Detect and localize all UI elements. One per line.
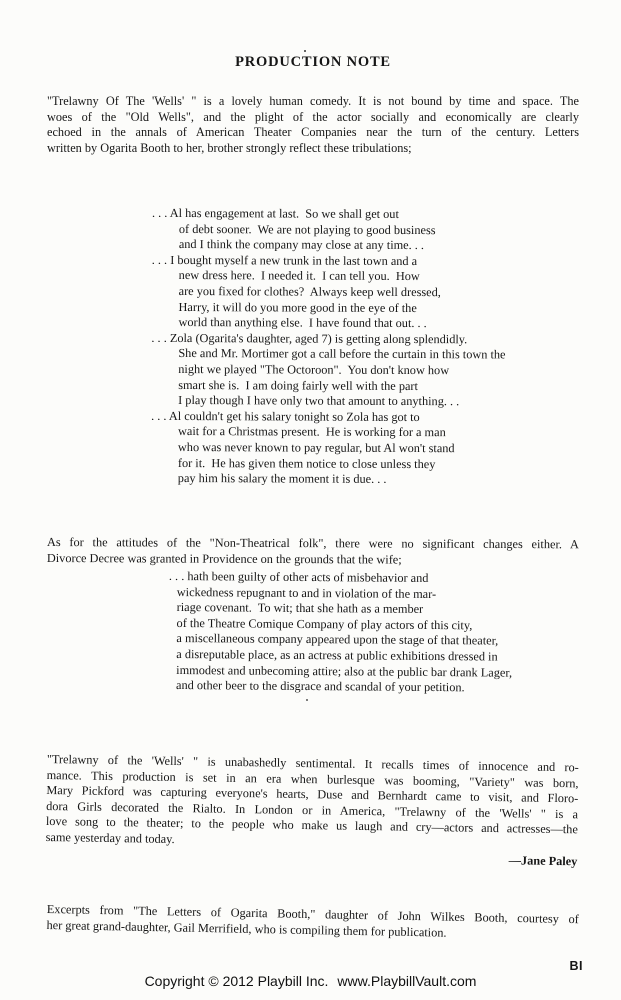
page-number: BI — [570, 959, 584, 973]
page-content: PRODUCTION NOTE "Trelawny Of The 'Wells'… — [47, 0, 579, 933]
production-note-page: PRODUCTION NOTE "Trelawny Of The 'Wells'… — [0, 0, 621, 1000]
text-line: pay him his salary the moment it is due.… — [178, 471, 578, 488]
text-line: "Trelawny Of The 'Wells' " is a lovely h… — [47, 94, 579, 110]
text-line: Divorce Decree was granted in Providence… — [47, 551, 579, 569]
text-line: written by Ogarita Booth to her, brother… — [47, 141, 579, 157]
text-line: woes of the "Old Wells", and the plight … — [47, 110, 579, 126]
text-line: and other beer to the disgrace and scand… — [176, 678, 578, 697]
text-line: night we played "The Octoroon". You don'… — [178, 362, 578, 379]
text-line: are you fixed for clothes? Always keep w… — [179, 284, 579, 301]
letter-excerpts-block: . . . Al has engagement at last. So we s… — [178, 206, 579, 488]
divorce-intro-paragraph: As for the attitudes of the "Non-Theatri… — [47, 535, 579, 569]
closing-paragraph-lines: "Trelawny of the 'Wells' " is unabashedl… — [46, 752, 579, 854]
text-line: . . . Al has engagement at last. So we s… — [179, 206, 579, 223]
page-title: PRODUCTION NOTE — [47, 0, 579, 71]
credits-paragraph: Excerpts from "The Letters of Ogarita Bo… — [46, 902, 579, 943]
playbillvault-url[interactable]: www.PlaybillVault.com — [337, 973, 476, 989]
text-line: I play though I have only two that amoun… — [178, 393, 578, 410]
copyright-text: Copyright © 2012 Playbill Inc. — [145, 973, 329, 989]
closing-paragraph: "Trelawny of the 'Wells' " is unabashedl… — [45, 752, 579, 869]
copyright-footer: Copyright © 2012 Playbill Inc.www.Playbi… — [0, 973, 621, 989]
text-line: As for the attitudes of the "Non-Theatri… — [47, 535, 579, 553]
text-line: echoed in the annals of American Theater… — [47, 125, 579, 141]
decree-excerpt-block: . . . hath been guilty of other acts of … — [176, 569, 579, 697]
text-line: who was never known to pay regular, but … — [178, 440, 578, 457]
intro-paragraph: "Trelawny Of The 'Wells' " is a lovely h… — [47, 94, 579, 156]
